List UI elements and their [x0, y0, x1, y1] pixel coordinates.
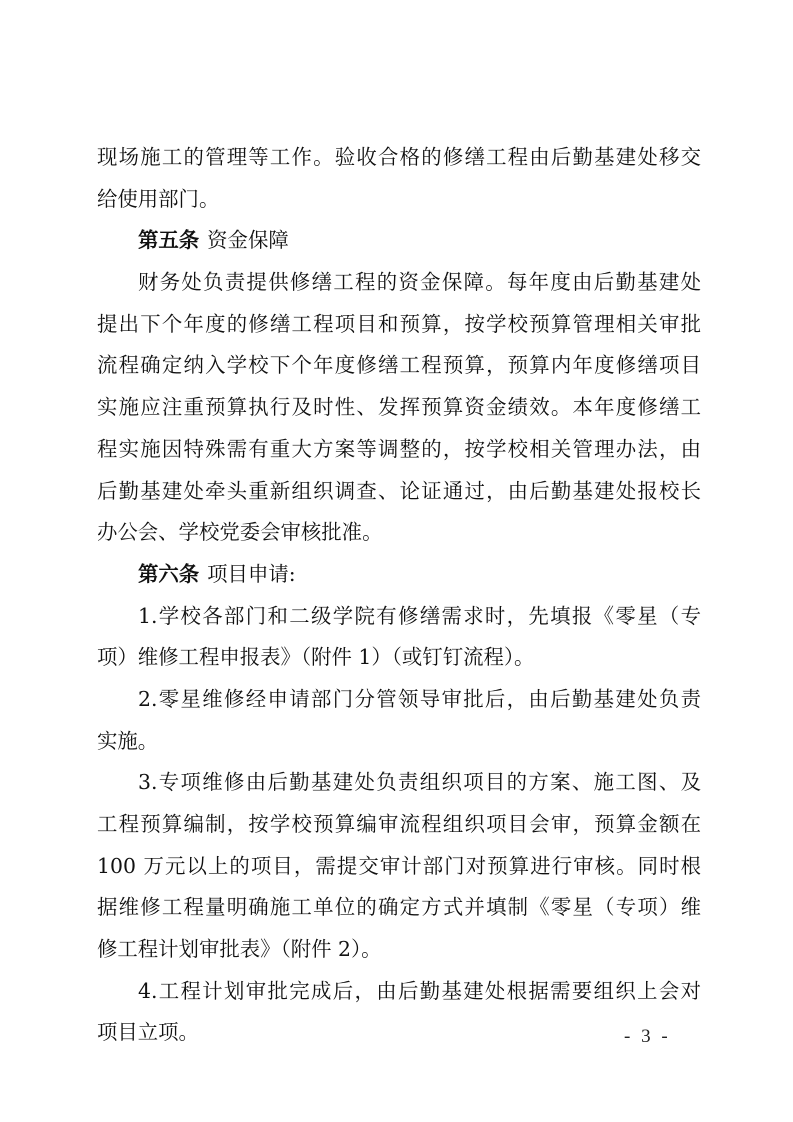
article-6-title: 项目申请:	[207, 562, 295, 586]
article-6-heading: 第六条项目申请:	[97, 554, 701, 596]
item-3-line: 工程预算编制，按学校预算编审流程组织项目会审，预算金额在	[97, 804, 701, 846]
body-line-2: 给使用部门。	[97, 179, 701, 221]
article-5-paragraph-line: 实施应注重预算执行及时性、发挥预算资金绩效。本年度修缮工	[97, 387, 701, 429]
item-1-line: 项）维修工程申报表》（附件 1）（或钉钉流程）。	[97, 637, 701, 679]
article-5-paragraph-line: 后勤基建处牵头重新组织调查、论证通过，由后勤基建处报校长	[97, 471, 701, 513]
article-5-paragraph-line: 办公会、学校党委会审核批准。	[97, 512, 701, 554]
article-5-label: 第五条	[138, 228, 199, 252]
item-3-line: 据维修工程量明确施工单位的确定方式并填制《零星（专项）维	[97, 887, 701, 929]
body-line-1-cont: 现场施工的管理等工作。验收合格的修缮工程由后勤基建处移交	[97, 137, 701, 179]
item-4-line: 项目立项。	[97, 1012, 701, 1054]
item-2-line: 实施。	[97, 721, 701, 763]
article-6-label: 第六条	[138, 562, 199, 586]
article-5-paragraph-line: 提出下个年度的修缮工程项目和预算，按学校预算管理相关审批	[97, 304, 701, 346]
item-3-line: 100 万元以上的项目，需提交审计部门对预算进行审核。同时根	[97, 846, 701, 888]
article-5-paragraph-line: 流程确定纳入学校下个年度修缮工程预算，预算内年度修缮项目	[97, 345, 701, 387]
item-4-line: 4.工程计划审批完成后，由后勤基建处根据需要组织上会对	[97, 971, 701, 1013]
article-5-title: 资金保障	[207, 228, 289, 252]
article-5-paragraph-line: 程实施因特殊需有重大方案等调整的，按学校相关管理办法，由	[97, 429, 701, 471]
item-3-line: 3.专项维修由后勤基建处负责组织项目的方案、施工图、及	[97, 762, 701, 804]
page-number: - 3 -	[624, 1026, 671, 1048]
document-page: 现场施工的管理等工作。验收合格的修缮工程由后勤基建处移交 给使用部门。 第五条资…	[97, 137, 701, 1054]
item-3-line: 修工程计划审批表》（附件 2）。	[97, 929, 701, 971]
article-5-paragraph-line: 财务处负责提供修缮工程的资金保障。每年度由后勤基建处	[97, 262, 701, 304]
article-5-heading: 第五条资金保障	[97, 220, 701, 262]
item-2-line: 2.零星维修经申请部门分管领导审批后，由后勤基建处负责	[97, 679, 701, 721]
item-1-line: 1.学校各部门和二级学院有修缮需求时，先填报《零星（专	[97, 596, 701, 638]
